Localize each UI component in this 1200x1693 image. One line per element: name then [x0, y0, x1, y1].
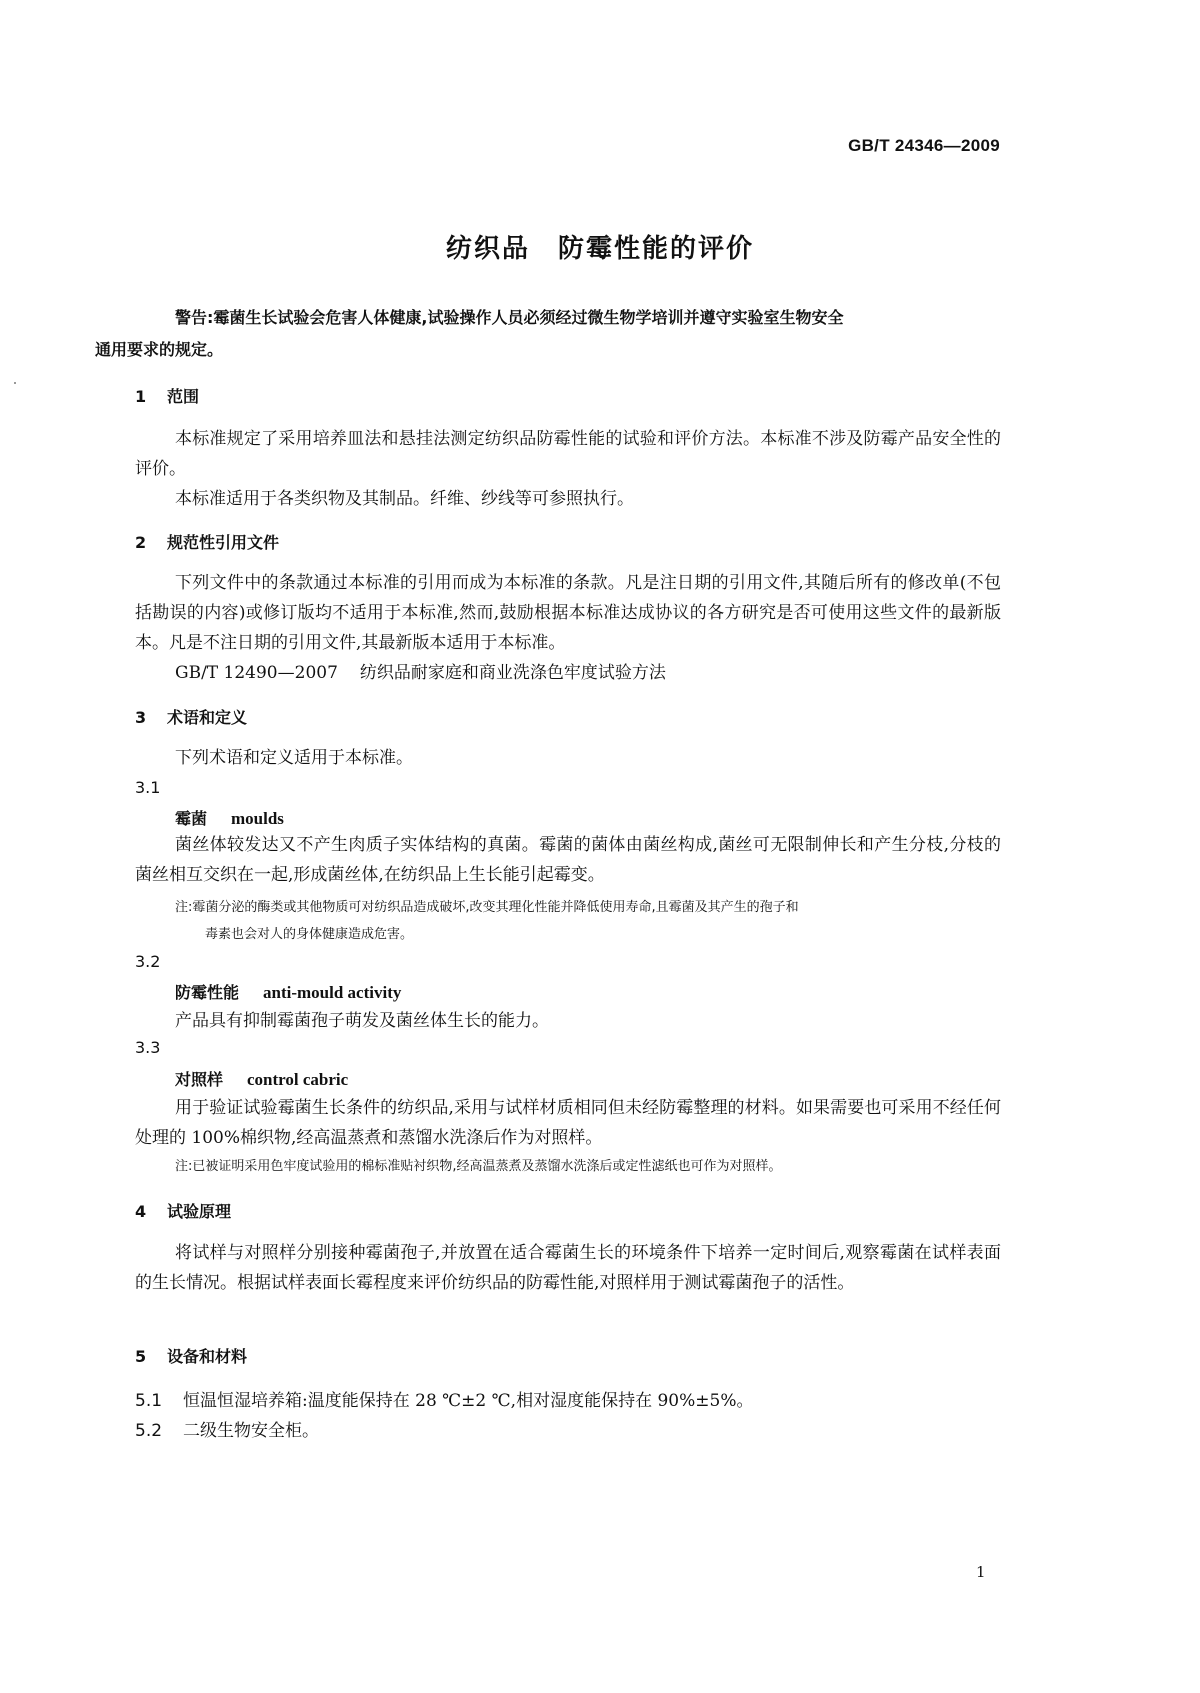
term-zh: 防霉性能	[175, 983, 239, 1002]
note-label: 注:	[175, 900, 192, 915]
section-number: 3	[135, 708, 167, 727]
section-1-paragraph-2: 本标准适用于各类织物及其制品。纤维、纱线等可参照执行。	[135, 484, 1001, 514]
term-zh: 对照样	[175, 1070, 223, 1089]
warning-line-1: 警告:霉菌生长试验会危害人体健康,试验操作人员必须经过微生物学培训并遵守实验室生…	[175, 308, 843, 327]
clause-3-2-number: 3.2	[135, 952, 160, 971]
section-title: 范围	[167, 387, 199, 406]
section-number: 1	[135, 387, 167, 406]
normative-reference: GB/T 12490—2007纺织品耐家庭和商业洗涤色牢度试验方法	[175, 658, 666, 683]
reference-title: 纺织品耐家庭和商业洗涤色牢度试验方法	[360, 663, 666, 683]
item-number: 5.2	[135, 1421, 183, 1441]
section-5-heading: 5设备和材料	[135, 1344, 247, 1367]
scan-speck	[14, 382, 16, 384]
section-2-paragraph-1: 下列文件中的条款通过本标准的引用而成为本标准的条款。凡是注日期的引用文件,其随后…	[135, 568, 1001, 658]
term-anti-mould-definition: 产品具有抑制霉菌孢子萌发及菌丝体生长的能力。	[135, 1006, 1001, 1036]
section-4-paragraph-1: 将试样与对照样分别接种霉菌孢子,并放置在适合霉菌生长的环境条件下培养一定时间后,…	[135, 1238, 1001, 1298]
section-title: 规范性引用文件	[167, 533, 279, 552]
clause-3-3-number: 3.3	[135, 1038, 160, 1057]
reference-code: GB/T 12490—2007	[175, 663, 338, 683]
term-moulds-definition: 菌丝体较发达又不产生肉质子实体结构的真菌。霉菌的菌体由菌丝构成,菌丝可无限制伸长…	[135, 830, 1001, 890]
term-en: control cabric	[247, 1070, 348, 1089]
section-1-paragraph-1: 本标准规定了采用培养皿法和悬挂法测定纺织品防霉性能的试验和评价方法。本标准不涉及…	[135, 424, 1001, 484]
clause-3-1-number: 3.1	[135, 778, 160, 797]
page-number: 1	[976, 1563, 986, 1581]
item-text: 恒温恒湿培养箱:温度能保持在 28 ℃±2 ℃,相对湿度能保持在 90%±5%。	[183, 1391, 753, 1411]
item-5-2: 5.2二级生物安全柜。	[135, 1416, 319, 1441]
section-title: 试验原理	[167, 1202, 231, 1221]
note-line-1: 霉菌分泌的酶类或其他物质可对纺织品造成破坏,改变其理化性能并降低使用寿命,且霉菌…	[192, 900, 798, 915]
term-zh: 霉菌	[175, 809, 207, 828]
section-number: 4	[135, 1202, 167, 1221]
item-number: 5.1	[135, 1391, 183, 1411]
warning-paragraph: 警告:霉菌生长试验会危害人体健康,试验操作人员必须经过微生物学培训并遵守实验室生…	[135, 302, 1001, 366]
term-en: moulds	[231, 809, 284, 828]
section-3-heading: 3术语和定义	[135, 705, 247, 728]
item-5-1: 5.1恒温恒湿培养箱:温度能保持在 28 ℃±2 ℃,相对湿度能保持在 90%±…	[135, 1386, 753, 1411]
term-control-fabric-definition: 用于验证试验霉菌生长条件的纺织品,采用与试样材质相同但未经防霉整理的材料。如果需…	[135, 1093, 1001, 1153]
term-anti-mould-activity: 防霉性能anti-mould activity	[175, 980, 401, 1003]
title-part-1: 纺织品	[446, 234, 530, 264]
section-number: 2	[135, 533, 167, 552]
term-en: anti-mould activity	[263, 983, 401, 1002]
standard-code: GB/T 24346—2009	[848, 136, 1000, 156]
section-2-heading: 2规范性引用文件	[135, 530, 279, 553]
section-4-heading: 4试验原理	[135, 1199, 231, 1222]
note-line-1: 已被证明采用色牢度试验用的棉标准贴衬织物,经高温蒸煮及蒸馏水洗涤后或定性滤纸也可…	[192, 1159, 781, 1174]
term-control-fabric-note: 注:已被证明采用色牢度试验用的棉标准贴衬织物,经高温蒸煮及蒸馏水洗涤后或定性滤纸…	[175, 1153, 1001, 1180]
note-line-2: 毒素也会对人的身体健康造成危害。	[175, 921, 1001, 948]
section-title: 术语和定义	[167, 708, 247, 727]
document-title: 纺织品防霉性能的评价	[0, 228, 1200, 265]
warning-line-2: 通用要求的规定。	[95, 340, 223, 359]
term-control-fabric: 对照样control cabric	[175, 1067, 348, 1090]
term-moulds-note: 注:霉菌分泌的酶类或其他物质可对纺织品造成破坏,改变其理化性能并降低使用寿命,且…	[175, 894, 1001, 948]
section-number: 5	[135, 1347, 167, 1366]
section-3-intro: 下列术语和定义适用于本标准。	[135, 743, 1001, 773]
term-moulds: 霉菌moulds	[175, 806, 284, 829]
section-1-heading: 1范围	[135, 384, 199, 407]
note-label: 注:	[175, 1159, 192, 1174]
section-title: 设备和材料	[167, 1347, 247, 1366]
item-text: 二级生物安全柜。	[183, 1421, 319, 1441]
title-part-2: 防霉性能的评价	[558, 234, 754, 264]
